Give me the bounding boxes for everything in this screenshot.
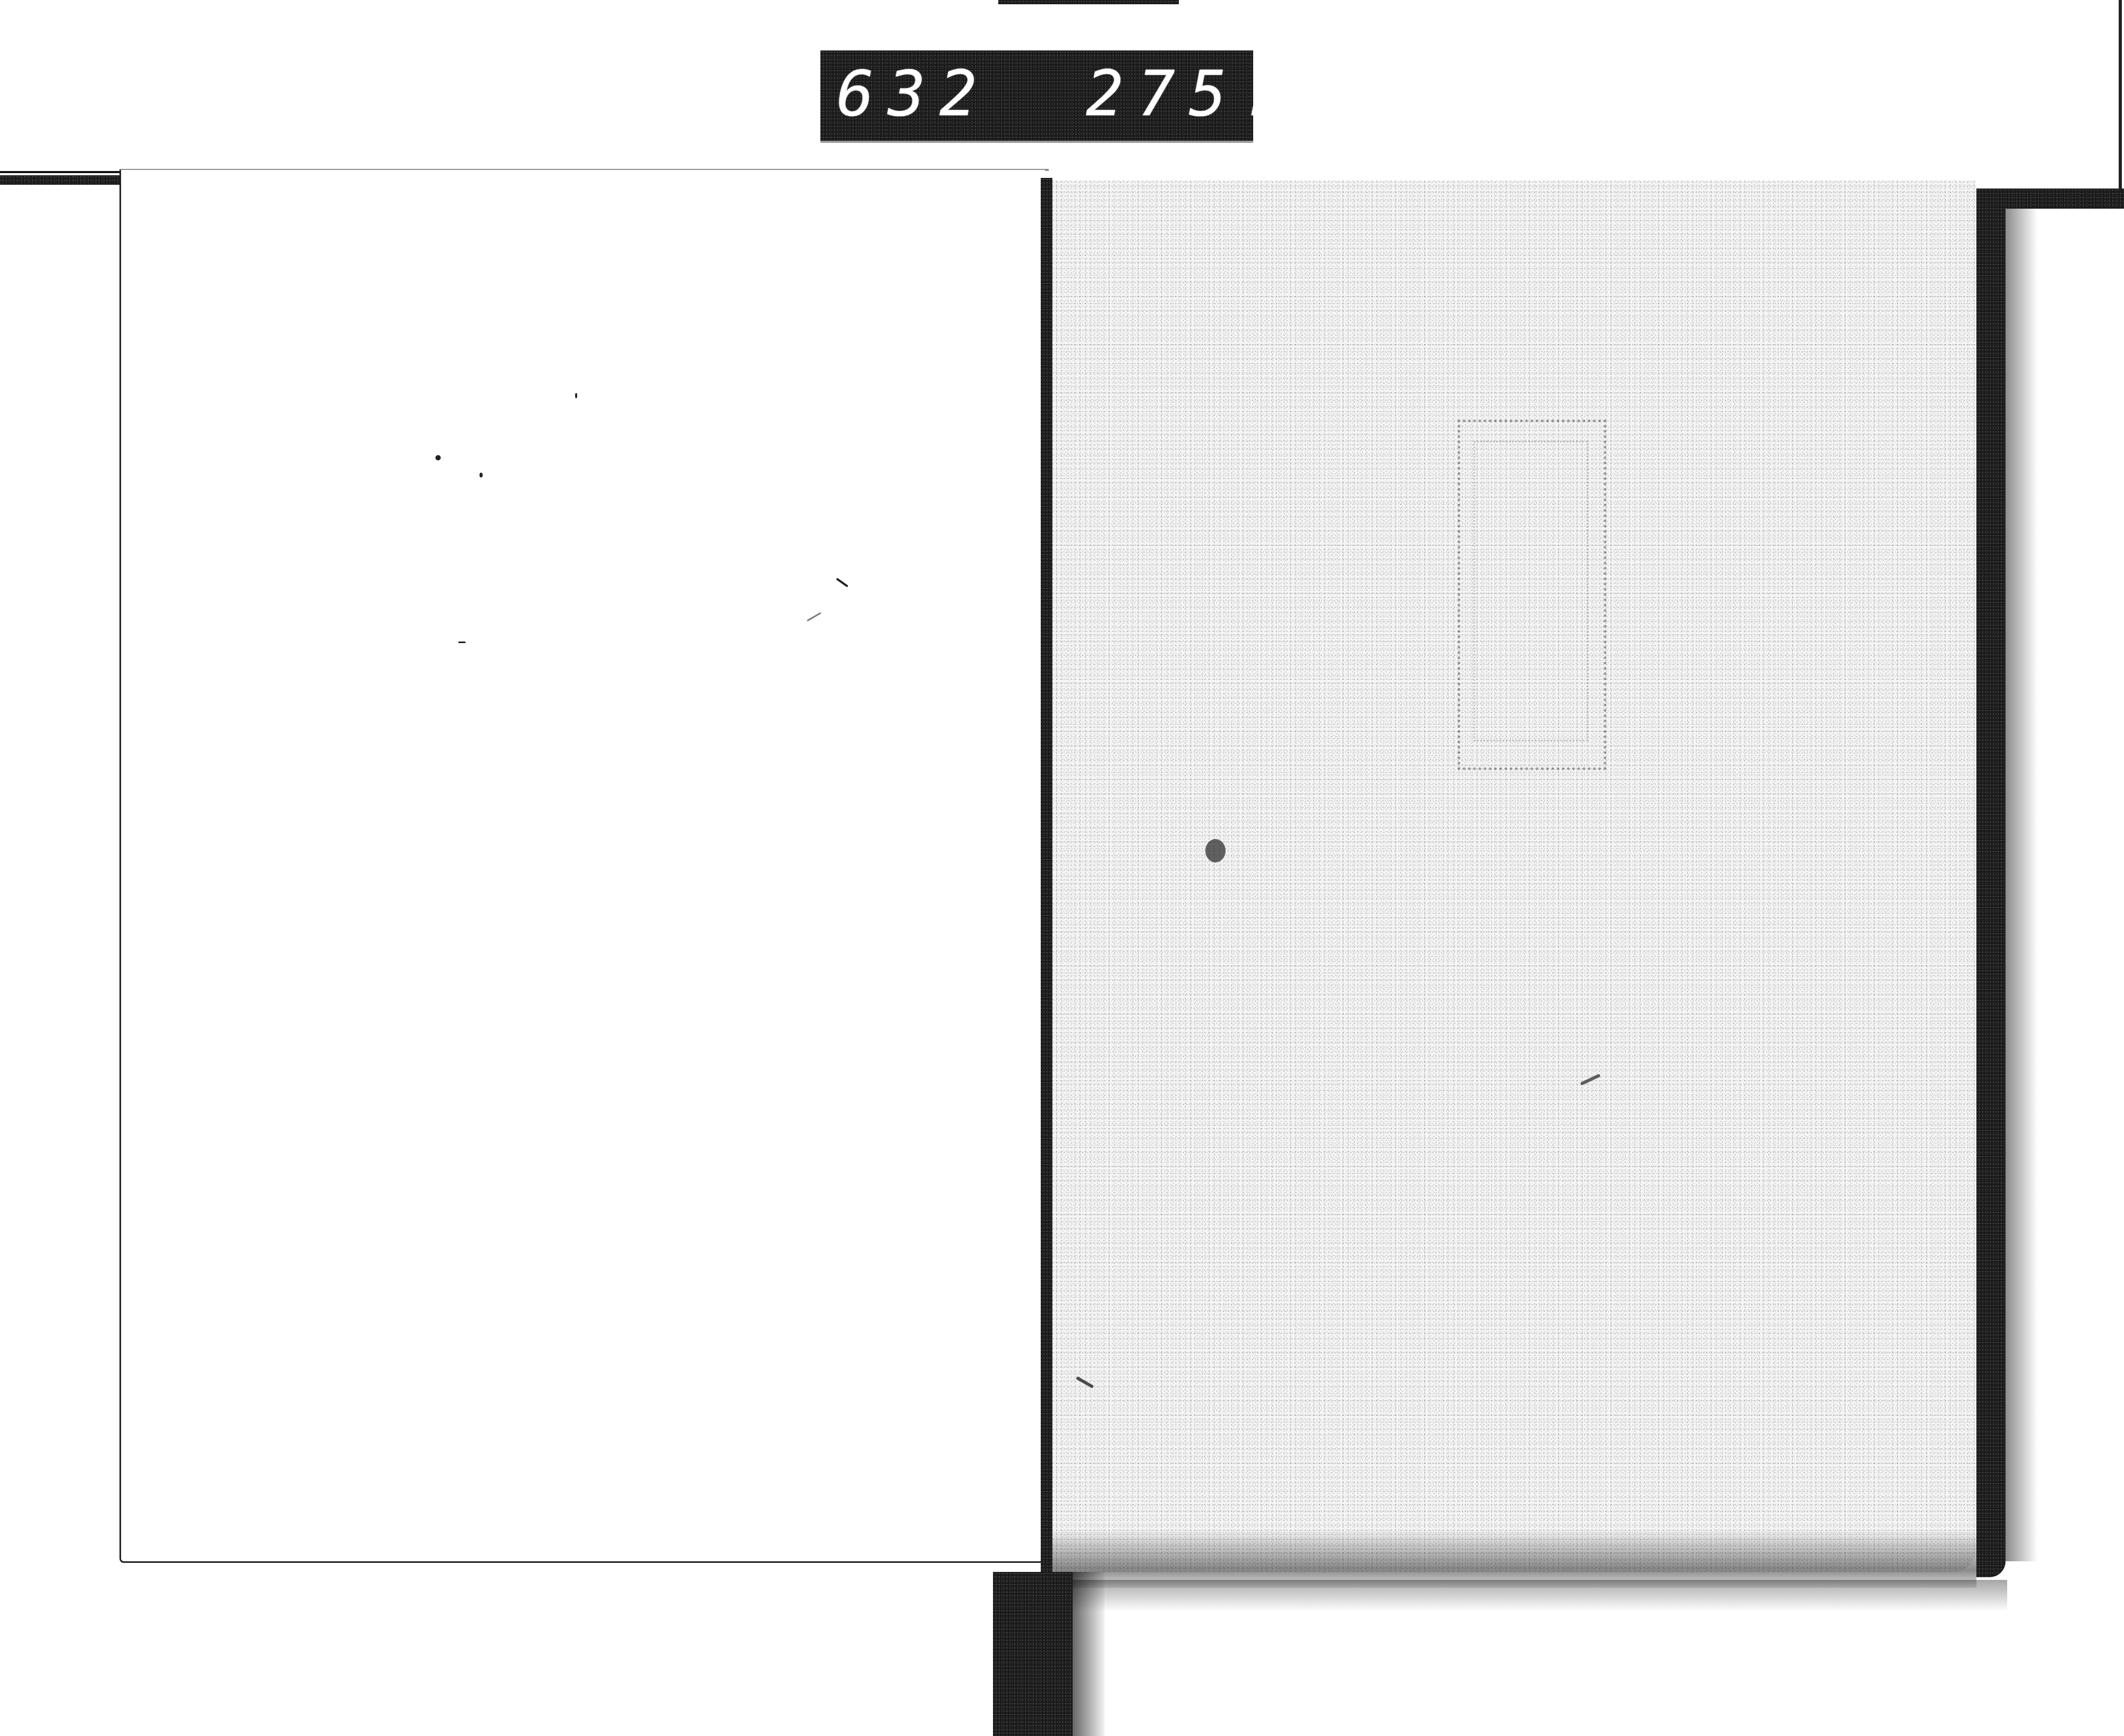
- left-blank-page: [119, 170, 1045, 1563]
- bottom-edge-shadow: [1073, 1580, 2007, 1612]
- counter-frame-number: 275.: [1086, 62, 1292, 125]
- dust-mark: [435, 455, 441, 460]
- page-stain: [1205, 839, 1226, 862]
- dust-mark: [575, 393, 577, 398]
- faint-stamp-inner: [1474, 441, 1588, 741]
- film-edge-band: [0, 175, 119, 185]
- book-holder-bar: [993, 1572, 1073, 1736]
- dust-mark: [458, 642, 466, 643]
- dust-mark: [807, 612, 821, 622]
- film-edge-line: [0, 171, 122, 173]
- book-gutter: [1041, 178, 1052, 1575]
- dust-mark: [836, 578, 849, 587]
- film-right-edge: [2119, 0, 2122, 191]
- page-bottom-shadow: [1052, 1529, 1976, 1588]
- book-board-edge: [1976, 189, 2006, 1577]
- dust-mark: [479, 473, 483, 477]
- right-speckled-page: [1052, 181, 1975, 1572]
- frame-counter-label: 632 275.: [820, 50, 1253, 141]
- film-top-edge: [998, 0, 1179, 4]
- counter-reel-number: 632: [836, 62, 991, 125]
- board-shadow: [2006, 202, 2037, 1561]
- film-edge-band-right: [1976, 189, 2124, 209]
